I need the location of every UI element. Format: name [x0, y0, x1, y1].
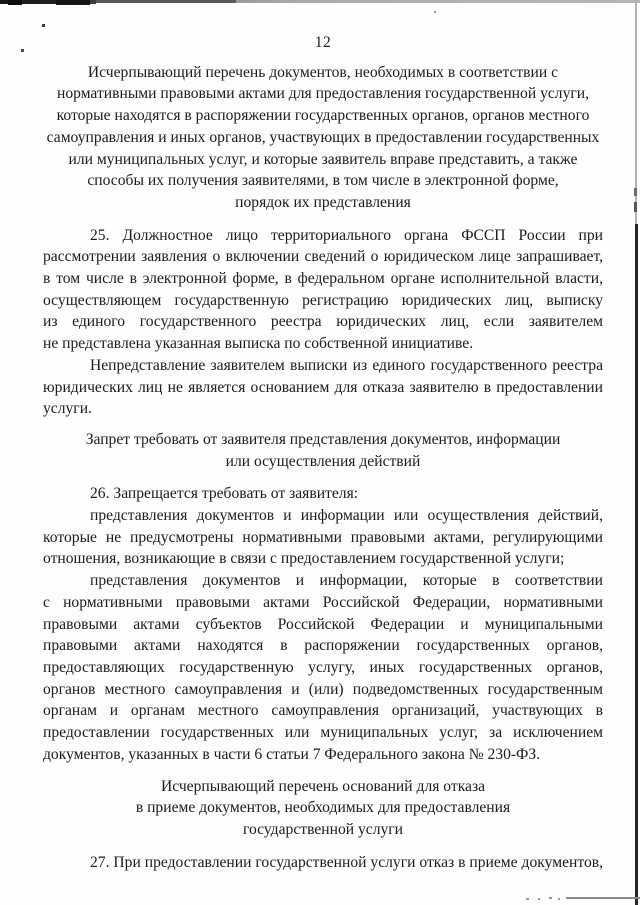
heading-line: Исчерпывающий перечень оснований для отк… — [43, 776, 603, 798]
scan-artifact-top-stripe-mid — [96, 0, 236, 3]
heading-line: Запрет требовать от заявителя представле… — [43, 429, 603, 451]
heading-documents-list: Исчерпывающий перечень документов, необх… — [43, 62, 603, 214]
paragraph-line: предоставляющих государственную услугу, … — [43, 657, 603, 679]
paragraph-line: из единого государственного реестра юрид… — [43, 311, 603, 333]
heading-line: нормативными правовыми актами для предос… — [43, 83, 603, 105]
scan-artifact-right-dash — [634, 188, 637, 196]
scan-artifact-bottom-dot — [538, 898, 540, 900]
scan-artifact-top-stripe — [0, 0, 640, 3]
paragraph-line: представления документов и информации, к… — [43, 570, 603, 592]
paragraph-line: правовыми актами субъектов Российской Фе… — [43, 614, 603, 636]
scan-artifact-speck — [42, 24, 45, 27]
heading-line: самоуправления и иных органов, участвующ… — [43, 127, 603, 149]
heading-line: порядок их представления — [43, 192, 603, 214]
scan-artifact-bottom-dot — [526, 898, 529, 900]
scan-artifact-top-blob — [56, 0, 90, 5]
page-number: 12 — [43, 32, 603, 54]
paragraph-line: с нормативными правовыми актами Российск… — [43, 592, 603, 614]
paragraph-line: не представлена указанная выписка по соб… — [43, 333, 603, 355]
paragraph-line: 25. Должностное лицо территориального ор… — [43, 225, 603, 247]
scan-artifact-top-stripe-dark — [0, 0, 96, 4]
heading-line: способы их получения заявителями, в том … — [43, 170, 603, 192]
scan-artifact-bottom-dot — [558, 898, 560, 900]
paragraph-line: юридических лиц не является основанием д… — [43, 377, 603, 399]
paragraph-line: рассмотрении заявления о включении сведе… — [43, 246, 603, 268]
heading-line: или осуществления действий — [43, 451, 603, 473]
paragraph-line: осуществляющем государственную регистрац… — [43, 290, 603, 312]
paragraph-line: 26. Запрещается требовать от заявителя: — [43, 483, 603, 505]
scan-artifact-bottom-line — [566, 897, 640, 899]
heading-line: Исчерпывающий перечень документов, необх… — [43, 62, 603, 84]
scan-artifact-right-edge-light — [635, 0, 637, 228]
paragraph-line: предоставлении государственных или муниц… — [43, 722, 603, 744]
scan-artifact-top-blob — [8, 0, 22, 5]
heading-line: государственной услуги — [43, 819, 603, 841]
heading-line: или муниципальных услуг, и которые заяви… — [43, 149, 603, 171]
scan-artifact-bottom-dot — [549, 897, 552, 899]
paragraph-27: 27. При предоставлении государственной у… — [43, 852, 603, 874]
heading-line: которые находятся в распоряжении государ… — [43, 105, 603, 127]
document-content: Исчерпывающий перечень документов, необх… — [43, 62, 603, 874]
scanned-document-page: 12 Исчерпывающий перечень документов, не… — [0, 0, 640, 905]
scan-artifact-right-edge-dark — [635, 224, 638, 905]
paragraph-line: правовыми актами находятся в распоряжени… — [43, 635, 603, 657]
heading-prohibition: Запрет требовать от заявителя представле… — [43, 429, 603, 472]
paragraph-line: которые не предусмотрены нормативными пр… — [43, 527, 603, 549]
paragraph-line: услуги. — [43, 398, 603, 420]
scan-artifact-speck — [434, 11, 436, 13]
heading-refusal-grounds: Исчерпывающий перечень оснований для отк… — [43, 776, 603, 841]
scan-artifact-speck — [21, 49, 24, 52]
paragraph-line: представления документов и информации ил… — [43, 505, 603, 527]
paragraph-line: отношения, возникающие в связи с предост… — [43, 548, 603, 570]
paragraph-26-item-1: представления документов и информации ил… — [43, 505, 603, 570]
paragraph-25-note: Непредставление заявителем выписки из ед… — [43, 355, 603, 420]
heading-line: в приеме документов, необходимых для пре… — [43, 797, 603, 819]
paragraph-26-intro: 26. Запрещается требовать от заявителя: — [43, 483, 603, 505]
paragraph-line: Непредставление заявителем выписки из ед… — [43, 355, 603, 377]
paragraph-line: в том числе в электронной форме, в федер… — [43, 268, 603, 290]
paragraph-line: документов, указанных в части 6 статьи 7… — [43, 744, 603, 766]
paragraph-line: органам и органам местного самоуправлени… — [43, 700, 603, 722]
paragraph-line: 27. При предоставлении государственной у… — [43, 852, 603, 874]
paragraph-25: 25. Должностное лицо территориального ор… — [43, 225, 603, 355]
paragraph-line: органов местного самоуправления и (или) … — [43, 679, 603, 701]
paragraph-26-item-2: представления документов и информации, к… — [43, 570, 603, 765]
scan-artifact-right-dash — [634, 202, 637, 212]
